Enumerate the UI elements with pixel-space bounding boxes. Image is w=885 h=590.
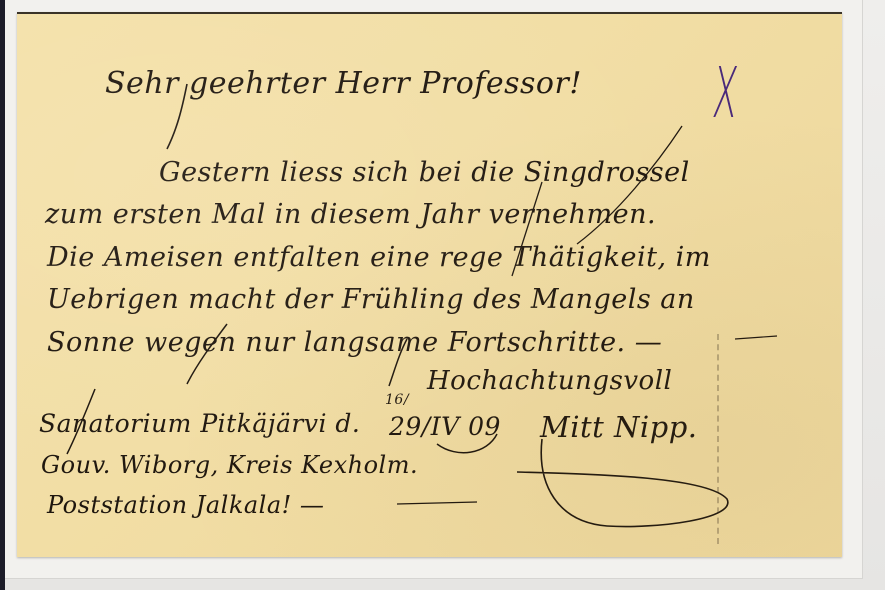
date-superscript: 16/ bbox=[385, 392, 409, 408]
body-line-3: Die Ameisen entfalten eine rege Thätigke… bbox=[47, 242, 711, 273]
postcard: Sehr geehrter Herr Professor! X Gestern … bbox=[17, 12, 842, 557]
body-line-5: Sonne wegen nur langsame Fortschritte. — bbox=[47, 327, 662, 358]
greeting: Sehr geehrter Herr Professor! bbox=[105, 66, 582, 101]
address-line-1: Gouv. Wiborg, Kreis Kexholm. bbox=[41, 451, 418, 479]
date: 29/IV 09 bbox=[389, 412, 501, 441]
place-line: Sanatorium Pitkäjärvi d. bbox=[39, 409, 360, 438]
address-line-2: Poststation Jalkala! — bbox=[47, 491, 324, 519]
margin-x-mark: X bbox=[710, 52, 741, 134]
body-line-2: zum ersten Mal in diesem Jahr vernehmen. bbox=[45, 199, 656, 230]
faint-postmark bbox=[717, 334, 842, 544]
closing: Hochachtungsvoll bbox=[427, 366, 672, 396]
body-line-1: Gestern liess sich bei die Singdrossel bbox=[159, 157, 690, 188]
signature: Mitt Nipp. bbox=[540, 410, 698, 444]
body-line-4: Uebrigen macht der Frühling des Mangels … bbox=[47, 284, 695, 315]
